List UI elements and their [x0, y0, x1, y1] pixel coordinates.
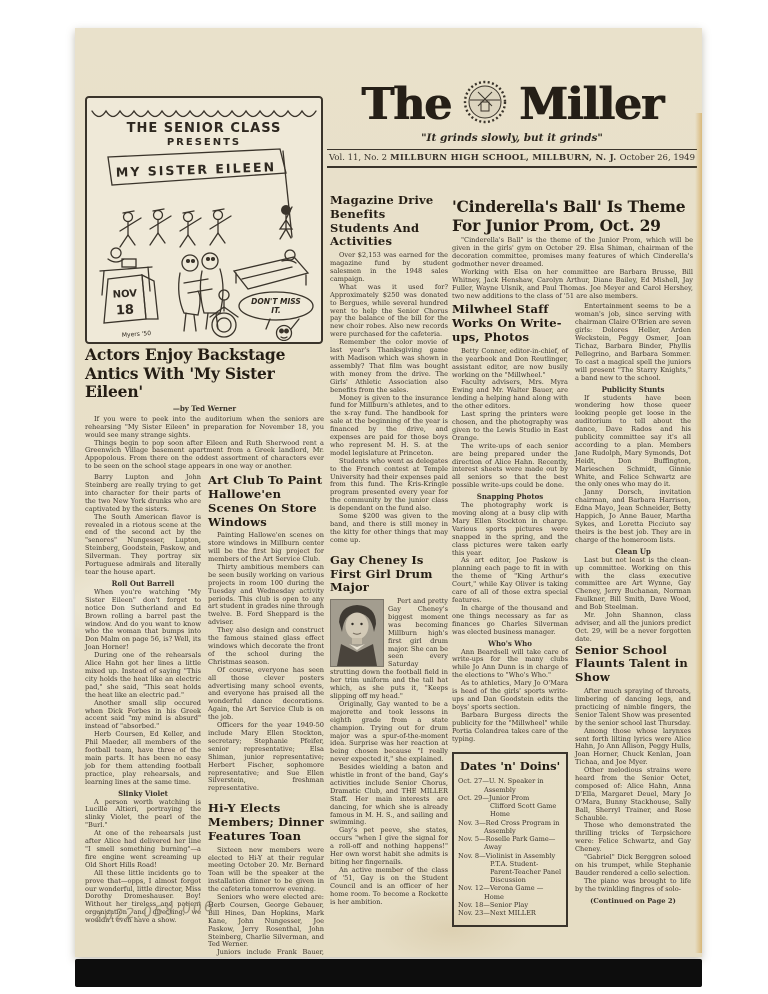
paragraph: They also design and construct the famou… — [208, 627, 324, 667]
paragraph: Things begin to pop soon after Eileen an… — [85, 440, 324, 472]
newspaper-title: The Miller — [327, 82, 697, 128]
artist-signature: Myers '50 — [122, 330, 152, 339]
paragraph: Mr. John Shannon, class adviser, and all… — [575, 612, 691, 644]
paragraph: The write-ups of each senior are being p… — [452, 443, 568, 490]
calendar-entry: Nov. 3—Red Cross Program in Assembly — [458, 819, 562, 835]
paragraph: When you're watching "My Sister Eileen" … — [85, 589, 201, 652]
section-subhead: Publicity Stunts — [575, 385, 691, 394]
masthead: The Miller "It grinds slowly, but it gri… — [327, 82, 697, 168]
article-art-club: Art Club To Paint Hallowe'en Scenes On S… — [208, 474, 324, 793]
paragraph: Working with Elsa on her committee are B… — [452, 269, 693, 301]
paragraph: Originally, Gay wanted to be a majorette… — [330, 701, 448, 764]
paragraph: "Gabriel" Dick Berggren soloed on his tr… — [575, 854, 691, 878]
flag-pole — [283, 151, 292, 237]
continued-note: (Continued on Page 2) — [575, 897, 691, 905]
section-subhead: Roll Out Barrell — [85, 579, 201, 588]
paragraph: Faculty advisers, Mrs. Myra Ewing and Mr… — [452, 379, 568, 411]
paragraph: Betty Conner, editor-in-chief, of the ye… — [452, 348, 568, 380]
paragraph: Remember the color movie of last year's … — [330, 339, 448, 394]
cinderella-continuation: Entertainment seems to be a woman's job,… — [575, 303, 691, 643]
article-milwheel: Milwheel Staff Works On Write-ups, Photo… — [452, 303, 568, 743]
school-seal-icon — [463, 80, 507, 128]
paragraph: An active member of the class of '51, Ga… — [330, 867, 448, 907]
motto: "It grinds slowly, but it grinds" — [327, 132, 697, 144]
dates-n-doins-list: Oct. 27—U. N. Speaker in AssemblyOct. 29… — [458, 777, 562, 917]
banner-text: MY SISTER EILEEN — [116, 159, 277, 180]
volume-number: Vol. 11, No. 2 — [329, 153, 387, 163]
senior-play-cartoon: THE SENIOR CLASS PRESENTS MY SISTER EILE… — [85, 96, 323, 344]
paragraph: If students have been wondering how thos… — [575, 395, 691, 490]
dateline: Vol. 11, No. 2 MILLBURN HIGH SCHOOL, MIL… — [327, 149, 697, 168]
newspaper-page: THE SENIOR CLASS PRESENTS MY SISTER EILE… — [75, 28, 702, 957]
paragraph: Money is given to the insurance fund for… — [330, 395, 448, 458]
calendar-entry: Oct. 27—U. N. Speaker in Assembly — [458, 777, 562, 793]
paragraph: Ann Beardsell will take care of write-up… — [452, 649, 568, 681]
actors-lead-paragraphs: If you were to peek into the auditorium … — [85, 416, 324, 471]
calendar-month: NOV — [112, 288, 137, 300]
cinderella-lead-paragraphs: "Cinderella's Ball" is the theme of the … — [452, 237, 693, 300]
section-subhead: Slinky Violet — [85, 789, 201, 798]
paragraph: Last but not least is the clean-up commi… — [575, 557, 691, 612]
talent-show-body: After much spraying of throats, limberin… — [575, 688, 691, 894]
paragraph: Entertainment seems to be a woman's job,… — [575, 303, 691, 382]
school-name: MILLBURN HIGH SCHOOL, MILLBURN, N. J. — [390, 153, 616, 163]
actors-body-column: Barry Lupton and John Steinberg are real… — [85, 474, 201, 957]
paragraph: As to athletics, Mary Jo O'Mara is head … — [452, 680, 568, 712]
section-subhead: Who's Who — [452, 639, 568, 648]
paragraph: If you were to peek into the auditorium … — [85, 416, 324, 440]
title-word-the: The — [361, 83, 451, 127]
paragraph: Students who went as delegates to the Fr… — [330, 458, 448, 513]
dates-n-doins-title: Dates 'n' Doins' — [458, 759, 562, 773]
paragraph: Thirty ambitious members can be seen bus… — [208, 564, 324, 627]
section-subhead: Snapping Photos — [452, 492, 568, 501]
gay-cheney-headline: Gay Cheney Is First Girl Drum Major — [330, 554, 448, 595]
paragraph: Sixteen new members were elected to Hi-Y… — [208, 847, 324, 894]
drummer-figure — [210, 290, 238, 337]
paragraph: Over $2,153 was earned for the magazine … — [330, 252, 448, 284]
calendar-entry-continuation: P.T.A. Student-Parent-Teacher Panel Disc… — [458, 860, 562, 885]
art-club-body: Painting Hallowe'en scenes on store wind… — [208, 532, 324, 793]
paragraph: Barry Lupton and John Steinberg are real… — [85, 474, 201, 514]
paragraph: As art editor, Joe Paskow is planning ea… — [452, 557, 568, 604]
paragraph: Painting Hallowe'en scenes on store wind… — [208, 532, 324, 564]
column-three: Magazine Drive Benefits Students And Act… — [330, 194, 448, 906]
paragraph: A person worth watching is Lucille Altie… — [85, 799, 201, 831]
calendar-entry: Nov. 5—Roselle Park Game—Away — [458, 835, 562, 851]
paragraph: Barbara Burgess directs the publicity fo… — [452, 712, 568, 744]
scan-shadow-strip — [75, 959, 702, 987]
paragraph: Among those whose larynxes sent forth li… — [575, 728, 691, 768]
magazine-drive-headline: Magazine Drive Benefits Students And Act… — [330, 194, 448, 249]
calendar-day: 18 — [116, 303, 135, 319]
bed-scene — [234, 250, 308, 289]
calendar-entry: Nov. 12—Verona Game — Home — [458, 884, 562, 900]
cinderella-headline: 'Cinderella's Ball' Is Theme For Junior … — [452, 198, 693, 235]
calendar-entry: Nov. 18—Senior Play — [458, 901, 562, 909]
paragraph: Of course, everyone has seen all those c… — [208, 667, 324, 722]
right-column-two: Entertainment seems to be a woman's job,… — [575, 303, 691, 927]
paragraph: During one of the rehearsals Alice Hahn … — [85, 652, 201, 699]
paragraph: Another small slip occured when Dick For… — [85, 700, 201, 732]
actors-byline: —by Ted Werner — [85, 404, 324, 413]
cartoon-drawing: THE SENIOR CLASS PRESENTS MY SISTER EILE… — [88, 99, 320, 341]
actors-headline: Actors Enjoy Backstage Antics With 'My S… — [85, 346, 324, 402]
bubble-text-line2: IT. — [271, 306, 280, 315]
paragraph: The photography work is moving along at … — [452, 502, 568, 557]
marching-figures — [120, 209, 231, 247]
article-talent-show: Senior School Flaunts Talent in Show Aft… — [575, 644, 691, 905]
right-two-columns: Milwheel Staff Works On Write-ups, Photo… — [452, 303, 693, 927]
paragraph: Juniors include Frank Bauer, Stuart Hami… — [208, 949, 324, 957]
paragraph: After much spraying of throats, limberin… — [575, 688, 691, 728]
article-hi-y: Hi-Y Elects Members; Dinner Features Toa… — [208, 802, 324, 957]
paragraph: Gay's pet peeve, she states, occurs "whe… — [330, 827, 448, 867]
calendar-entry: Oct. 29—Junior Prom — [458, 794, 562, 802]
calendar-entry-continuation: Clifford Scott Game Home — [458, 802, 562, 818]
left-column-two: Art Club To Paint Hallowe'en Scenes On S… — [208, 474, 324, 957]
cartoon-title-line2: PRESENTS — [167, 137, 241, 148]
central-figures — [179, 253, 223, 331]
article-cinderella-section: 'Cinderella's Ball' Is Theme For Junior … — [452, 198, 693, 927]
calendar-entry: Nov. 8—Violinist in Assembly — [458, 852, 562, 860]
milwheel-body: Betty Conner, editor-in-chief, of the ye… — [452, 348, 568, 744]
article-actors-section: Actors Enjoy Backstage Antics With 'My S… — [85, 346, 324, 957]
excited-onlooker — [277, 319, 300, 341]
right-column-one: Milwheel Staff Works On Write-ups, Photo… — [452, 303, 568, 927]
cartoon-title-line1: THE SENIOR CLASS — [127, 121, 282, 136]
paragraph: In charge of the thousand and one things… — [452, 605, 568, 637]
art-club-headline: Art Club To Paint Hallowe'en Scenes On S… — [208, 474, 324, 529]
paragraph: The piano was brought to life by the twi… — [575, 878, 691, 894]
paragraph: Some $200 was given to the band, and the… — [330, 513, 448, 545]
magazine-drive-body: Over $2,153 was earned for the magazine … — [330, 252, 448, 545]
hi-y-body: Sixteen new members were elected to Hi-Y… — [208, 847, 324, 957]
paragraph: Herb Coursen, Ed Keller, and Phil Maeder… — [85, 731, 201, 786]
paragraph: "Cinderella's Ball" is the theme of the … — [452, 237, 693, 269]
paragraph: Besides wielding a baton and whistle in … — [330, 764, 448, 827]
milwheel-headline: Milwheel Staff Works On Write-ups, Photo… — [452, 303, 568, 344]
paragraph: What was it used for? Approximately $250… — [330, 284, 448, 339]
hi-y-headline: Hi-Y Elects Members; Dinner Features Toa… — [208, 802, 324, 843]
bubble-text-line1: DON'T MISS — [251, 297, 301, 306]
gay-cheney-photo — [330, 599, 384, 667]
talent-show-headline: Senior School Flaunts Talent in Show — [575, 644, 691, 685]
paragraph: Last spring the printers were chosen, an… — [452, 411, 568, 443]
left-two-columns: Barry Lupton and John Steinberg are real… — [85, 474, 324, 957]
paragraph: Janny Dorsch, invitation chairman, and B… — [575, 489, 691, 544]
paragraph: At one of the rehearsals just after Alic… — [85, 830, 201, 870]
paragraph: The South American flavor is revealed in… — [85, 514, 201, 577]
paragraph: Seniors who were elected are: Herb Cours… — [208, 894, 324, 949]
paragraph: Officers for the year 1949-50 include Ma… — [208, 722, 324, 793]
dates-n-doins-box: Dates 'n' Doins' Oct. 27—U. N. Speaker i… — [452, 752, 568, 927]
paragraph: Those who demonstrated the thrilling tri… — [575, 822, 691, 854]
gay-cheney-body: Pert and pretty Gay Cheney's biggest mom… — [330, 598, 448, 906]
calendar-entry: Nov. 23—Next MILLER — [458, 909, 562, 917]
section-subhead: Clean Up — [575, 547, 691, 556]
article-gay-cheney: Gay Cheney Is First Girl Drum Major Pert — [330, 554, 448, 907]
article-magazine-drive: Magazine Drive Benefits Students And Act… — [330, 194, 448, 545]
paragraph: Other melodious strains were heard from … — [575, 767, 691, 822]
curtain-scallops — [92, 111, 316, 117]
issue-date: October 26, 1949 — [620, 153, 695, 163]
title-word-miller: Miller — [519, 83, 663, 127]
speech-bubble: DON'T MISS IT. — [239, 292, 313, 329]
